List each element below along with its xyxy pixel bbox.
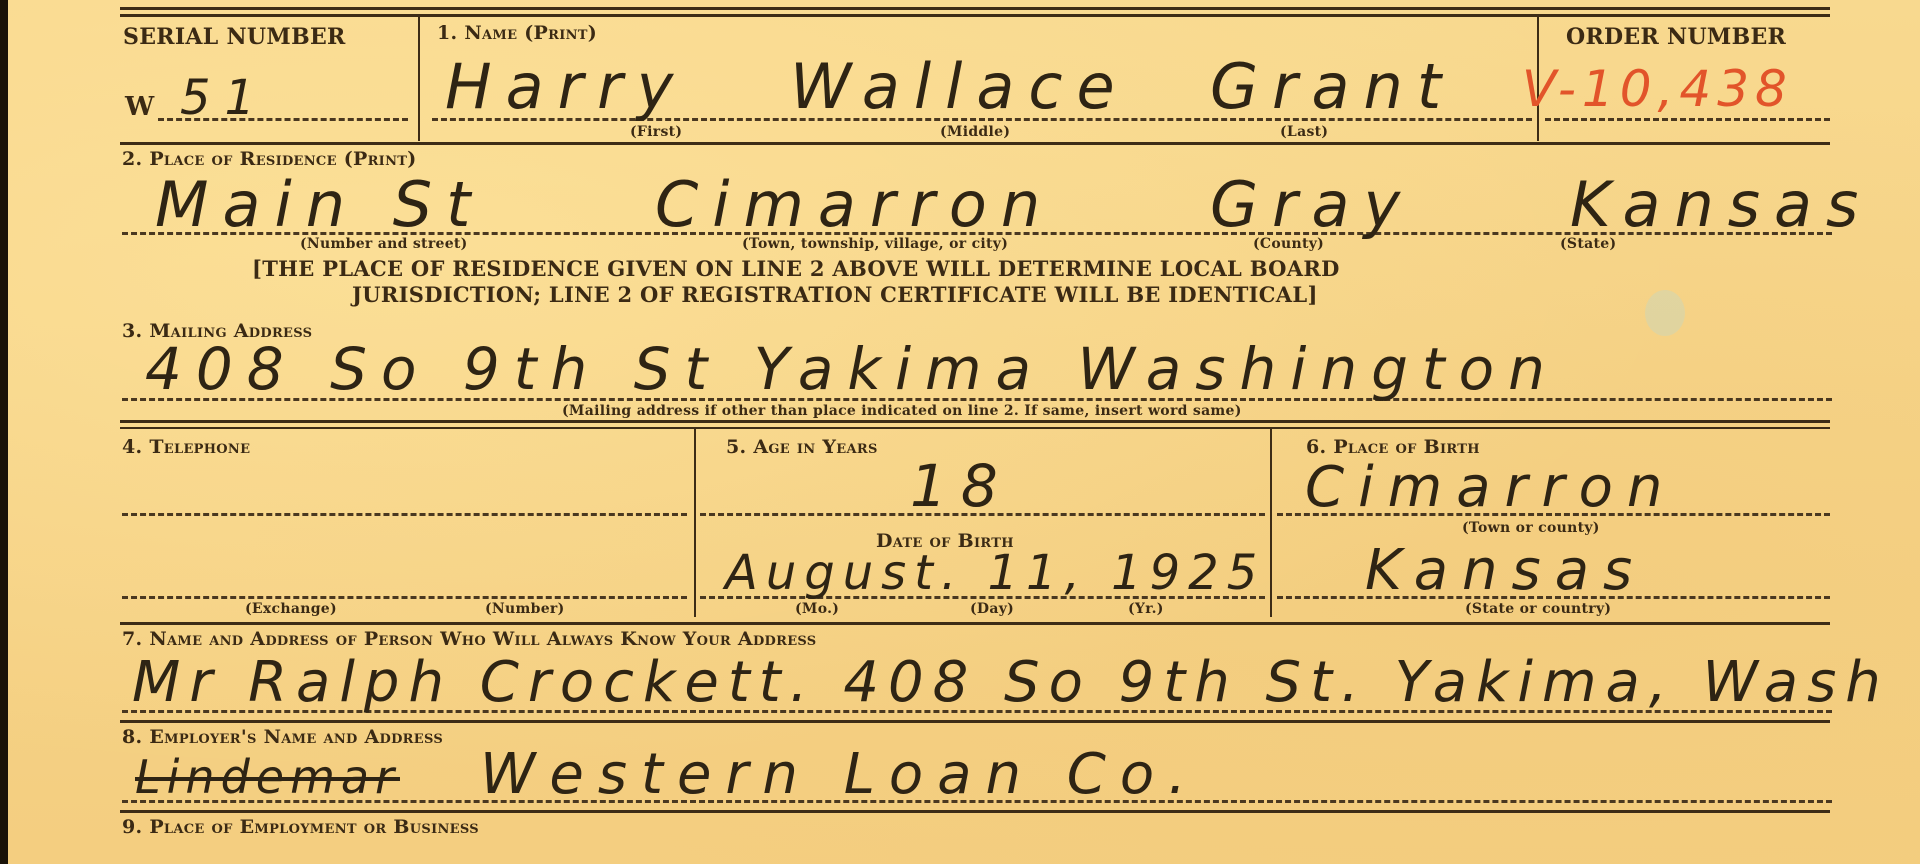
state-caption: (State) bbox=[1560, 236, 1616, 252]
name-first: Harry bbox=[445, 50, 687, 123]
serial-value: 51 bbox=[180, 70, 269, 126]
registration-card: SERIAL NUMBER W 51 1. Name (Print) Harry… bbox=[0, 0, 1920, 864]
name-label: 1. Name (Print) bbox=[437, 22, 597, 44]
employer-struck-value: Lindemar bbox=[135, 750, 400, 804]
order-number-value: V-10,438 bbox=[1522, 60, 1793, 118]
row-rule bbox=[120, 622, 1830, 625]
county-caption: (County) bbox=[1253, 236, 1324, 252]
birth-town: Cimarron bbox=[1305, 455, 1676, 520]
telephone-exchange-line[interactable] bbox=[122, 513, 687, 516]
top-rule-2 bbox=[120, 14, 1830, 17]
row-rule bbox=[120, 810, 1830, 813]
first-caption: (First) bbox=[630, 124, 682, 140]
middle-caption: (Middle) bbox=[940, 124, 1010, 140]
birth-state: Kansas bbox=[1365, 538, 1646, 603]
yr-caption: (Yr.) bbox=[1128, 601, 1164, 617]
residence-label: 2. Place of Residence (Print) bbox=[122, 148, 417, 170]
residence-county: Gray bbox=[1210, 168, 1414, 241]
residence-notice-line1: [THE PLACE OF RESIDENCE GIVEN ON LINE 2 … bbox=[252, 256, 1340, 281]
row-rule-2 bbox=[120, 427, 1830, 429]
mailing-value: 408 So 9th St Yakima Washington bbox=[145, 335, 1559, 403]
serial-number-label: SERIAL NUMBER bbox=[123, 24, 346, 50]
order-line bbox=[1545, 118, 1830, 121]
divider bbox=[694, 429, 696, 617]
residence-state: Kansas bbox=[1570, 168, 1872, 241]
residence-street: Main St bbox=[155, 168, 484, 241]
row-rule bbox=[120, 420, 1830, 423]
street-caption: (Number and street) bbox=[300, 236, 468, 252]
telephone-number-line[interactable] bbox=[122, 596, 687, 599]
birth-town-caption: (Town or county) bbox=[1462, 520, 1600, 536]
town-caption: (Town, township, village, or city) bbox=[742, 236, 1008, 252]
name-middle: Wallace bbox=[790, 50, 1129, 123]
name-last: Grant bbox=[1210, 50, 1455, 123]
mo-caption: (Mo.) bbox=[795, 601, 839, 617]
mailing-caption: (Mailing address if other than place ind… bbox=[562, 403, 1242, 419]
exchange-caption: (Exchange) bbox=[245, 601, 337, 617]
divider bbox=[1270, 429, 1272, 617]
contact-value: Mr Ralph Crockett. 408 So 9th St. Yakima… bbox=[132, 650, 1890, 715]
row-rule bbox=[120, 142, 1830, 145]
order-number-label: ORDER NUMBER bbox=[1566, 24, 1786, 50]
residence-town: Cimarron bbox=[655, 168, 1054, 241]
telephone-label: 4. Telephone bbox=[122, 436, 250, 458]
row-rule bbox=[120, 720, 1830, 723]
day-caption: (Day) bbox=[970, 601, 1014, 617]
dob-value: August. 11, 1925 bbox=[725, 545, 1265, 601]
birth-state-caption: (State or country) bbox=[1465, 601, 1611, 617]
employer-value: Western Loan Co. bbox=[480, 742, 1200, 807]
last-caption: (Last) bbox=[1280, 124, 1328, 140]
employer-label: 8. Employer's Name and Address bbox=[122, 726, 443, 748]
serial-prefix: W bbox=[125, 92, 155, 122]
age-value: 18 bbox=[910, 452, 1012, 520]
residence-notice-line2: JURISDICTION; LINE 2 OF REGISTRATION CER… bbox=[352, 282, 1318, 307]
number-caption: (Number) bbox=[485, 601, 565, 617]
paper-stain bbox=[1645, 290, 1685, 336]
divider bbox=[418, 16, 420, 141]
card-edge bbox=[0, 0, 8, 864]
employment-place-label: 9. Place of Employment or Business bbox=[122, 816, 479, 838]
top-rule bbox=[120, 7, 1830, 10]
contact-label: 7. Name and Address of Person Who Will A… bbox=[122, 628, 817, 650]
age-label: 5. Age in Years bbox=[726, 436, 878, 458]
